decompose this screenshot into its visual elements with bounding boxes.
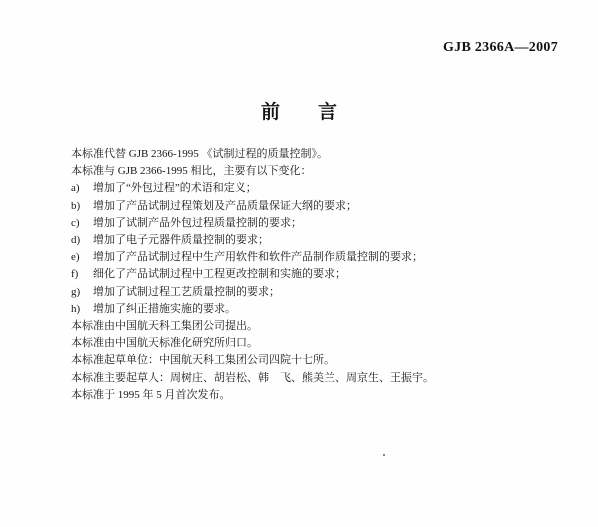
change-text: 增加了“外包过程”的术语和定义； — [93, 180, 559, 197]
change-item: g) 增加了试制过程工艺质量控制的要求； — [71, 284, 559, 301]
change-text: 细化了产品试制过程中工程更改控制和实施的要求； — [93, 266, 559, 283]
standard-code: GJB 2366A—2007 — [443, 40, 558, 56]
footer-paragraph: 本标准于 1995 年 5 月首次发布。 — [71, 387, 559, 404]
footer-paragraph: 本标准起草单位：中国航天科工集团公司四院十七所。 — [71, 352, 559, 369]
change-text: 增加了产品试制过程策划及产品质量保证大纲的要求； — [93, 198, 559, 215]
change-item: f) 细化了产品试制过程中工程更改控制和实施的要求； — [71, 266, 559, 283]
change-item: h) 增加了纠正措施实施的要求。 — [71, 301, 559, 318]
change-item: d) 增加了电子元器件质量控制的要求； — [71, 232, 559, 249]
footer-paragraph: 本标准主要起草人：周树庄、胡岩松、韩 飞、熊美兰、周京生、王振宇。 — [71, 370, 559, 387]
change-text: 增加了试制过程工艺质量控制的要求； — [93, 284, 559, 301]
intro-paragraph: 本标准代替 GJB 2366-1995 《试制过程的质量控制》。 — [71, 146, 559, 163]
page-title: 前 言 — [0, 97, 598, 124]
scan-speck — [383, 454, 385, 456]
change-text: 增加了纠正措施实施的要求。 — [93, 301, 559, 318]
change-marker: e) — [71, 249, 93, 266]
change-item: c) 增加了试制产品外包过程质量控制的要求； — [71, 215, 559, 232]
change-marker: c) — [71, 215, 93, 232]
change-marker: f) — [71, 266, 93, 283]
change-item: a) 增加了“外包过程”的术语和定义； — [71, 180, 559, 197]
change-marker: b) — [71, 198, 93, 215]
change-marker: h) — [71, 301, 93, 318]
change-text: 增加了产品试制过程中生产用软件和软件产品制作质量控制的要求； — [93, 249, 559, 266]
document-body: 本标准代替 GJB 2366-1995 《试制过程的质量控制》。 本标准与 GJ… — [71, 146, 559, 404]
footer-paragraph: 本标准由中国航天科工集团公司提出。 — [71, 318, 559, 335]
intro-paragraph: 本标准与 GJB 2366-1995 相比，主要有以下变化： — [71, 163, 559, 180]
change-text: 增加了试制产品外包过程质量控制的要求； — [93, 215, 559, 232]
change-marker: d) — [71, 232, 93, 249]
change-marker: g) — [71, 284, 93, 301]
document-page: GJB 2366A—2007 前 言 本标准代替 GJB 2366-1995 《… — [0, 0, 598, 527]
footer-paragraph: 本标准由中国航天标准化研究所归口。 — [71, 335, 559, 352]
change-text: 增加了电子元器件质量控制的要求； — [93, 232, 559, 249]
change-marker: a) — [71, 180, 93, 197]
change-item: e) 增加了产品试制过程中生产用软件和软件产品制作质量控制的要求； — [71, 249, 559, 266]
change-item: b) 增加了产品试制过程策划及产品质量保证大纲的要求； — [71, 198, 559, 215]
